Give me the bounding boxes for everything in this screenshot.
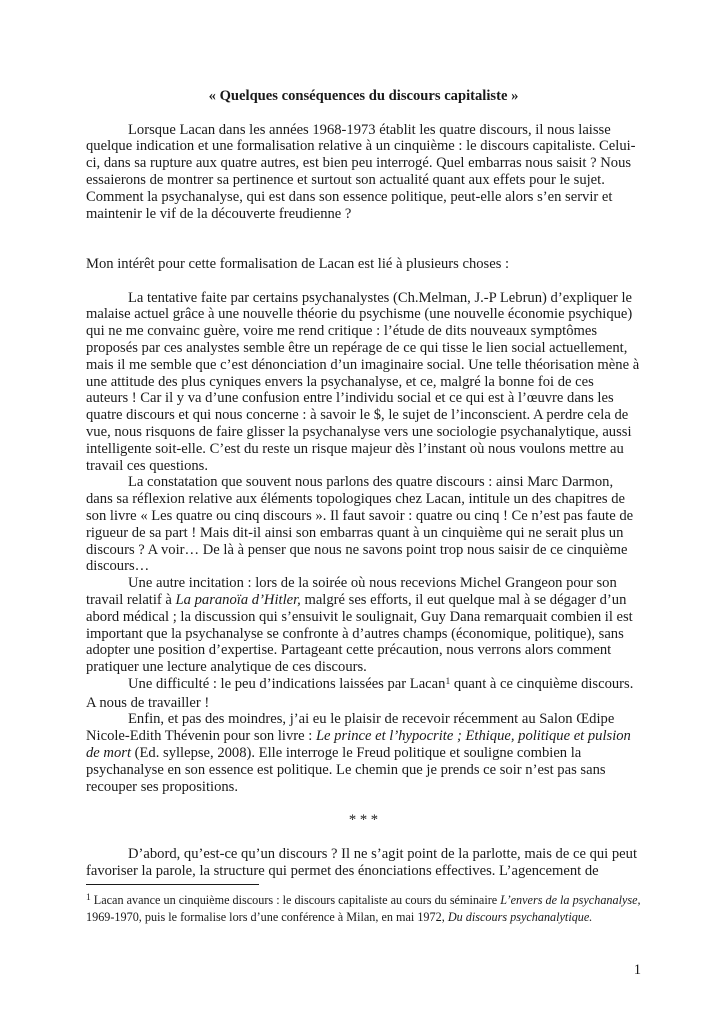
text-segment: Lacan avance un cinquième discours : le … <box>91 893 501 907</box>
text-segment: * * * <box>349 812 378 828</box>
text-segment: D’abord, qu’est-ce qu’un discours ? Il n… <box>86 846 637 879</box>
footnote-area: 1 Lacan avance un cinquième discours : l… <box>86 884 641 926</box>
footnote-reference: 1 <box>86 893 91 903</box>
body-paragraphs: Lorsque Lacan dans les années 1968-1973 … <box>86 122 641 880</box>
body-paragraph: Enfin, et pas des moindres, j’ai eu le p… <box>86 711 641 795</box>
body-paragraph: La tentative faite par certains psychana… <box>86 290 641 475</box>
text-segment: L’envers de la psychanalyse, <box>500 893 640 907</box>
text-segment: La paranoïa d’Hitler, <box>176 592 301 608</box>
body-paragraph: Mon intérêt pour cette formalisation de … <box>86 256 641 273</box>
page-number: 1 <box>86 962 641 979</box>
text-segment: Mon intérêt pour cette formalisation de … <box>86 256 509 272</box>
body-paragraph: Une autre incitation : lors de la soirée… <box>86 575 641 676</box>
text-segment: Du discours psychanalytique. <box>448 910 593 924</box>
text-segment: 1969-1970, puis le formalise lors d’une … <box>86 910 448 924</box>
text-segment: Une difficulté : le peu d’indications la… <box>128 676 445 692</box>
body-paragraph: Une difficulté : le peu d’indications la… <box>86 676 641 712</box>
section-separator: * * * <box>86 812 641 829</box>
page-title: « Quelques conséquences du discours capi… <box>86 88 641 105</box>
document-page: « Quelques conséquences du discours capi… <box>0 0 725 1024</box>
footnote-reference: 1 <box>445 677 450 687</box>
body-paragraph: Lorsque Lacan dans les années 1968-1973 … <box>86 122 641 223</box>
text-segment: (Ed. syllepse, 2008). Elle interroge le … <box>86 745 606 795</box>
text-segment: Lorsque Lacan dans les années 1968-1973 … <box>86 122 636 222</box>
text-segment: La constatation que souvent nous parlons… <box>86 474 633 574</box>
text-segment: La tentative faite par certains psychana… <box>86 290 639 474</box>
body-paragraph: D’abord, qu’est-ce qu’un discours ? Il n… <box>86 846 641 880</box>
footnote-separator <box>86 884 259 885</box>
page-content: « Quelques conséquences du discours capi… <box>86 88 641 879</box>
body-paragraph: La constatation que souvent nous parlons… <box>86 474 641 575</box>
footnote-text: 1 Lacan avance un cinquième discours : l… <box>86 893 641 926</box>
